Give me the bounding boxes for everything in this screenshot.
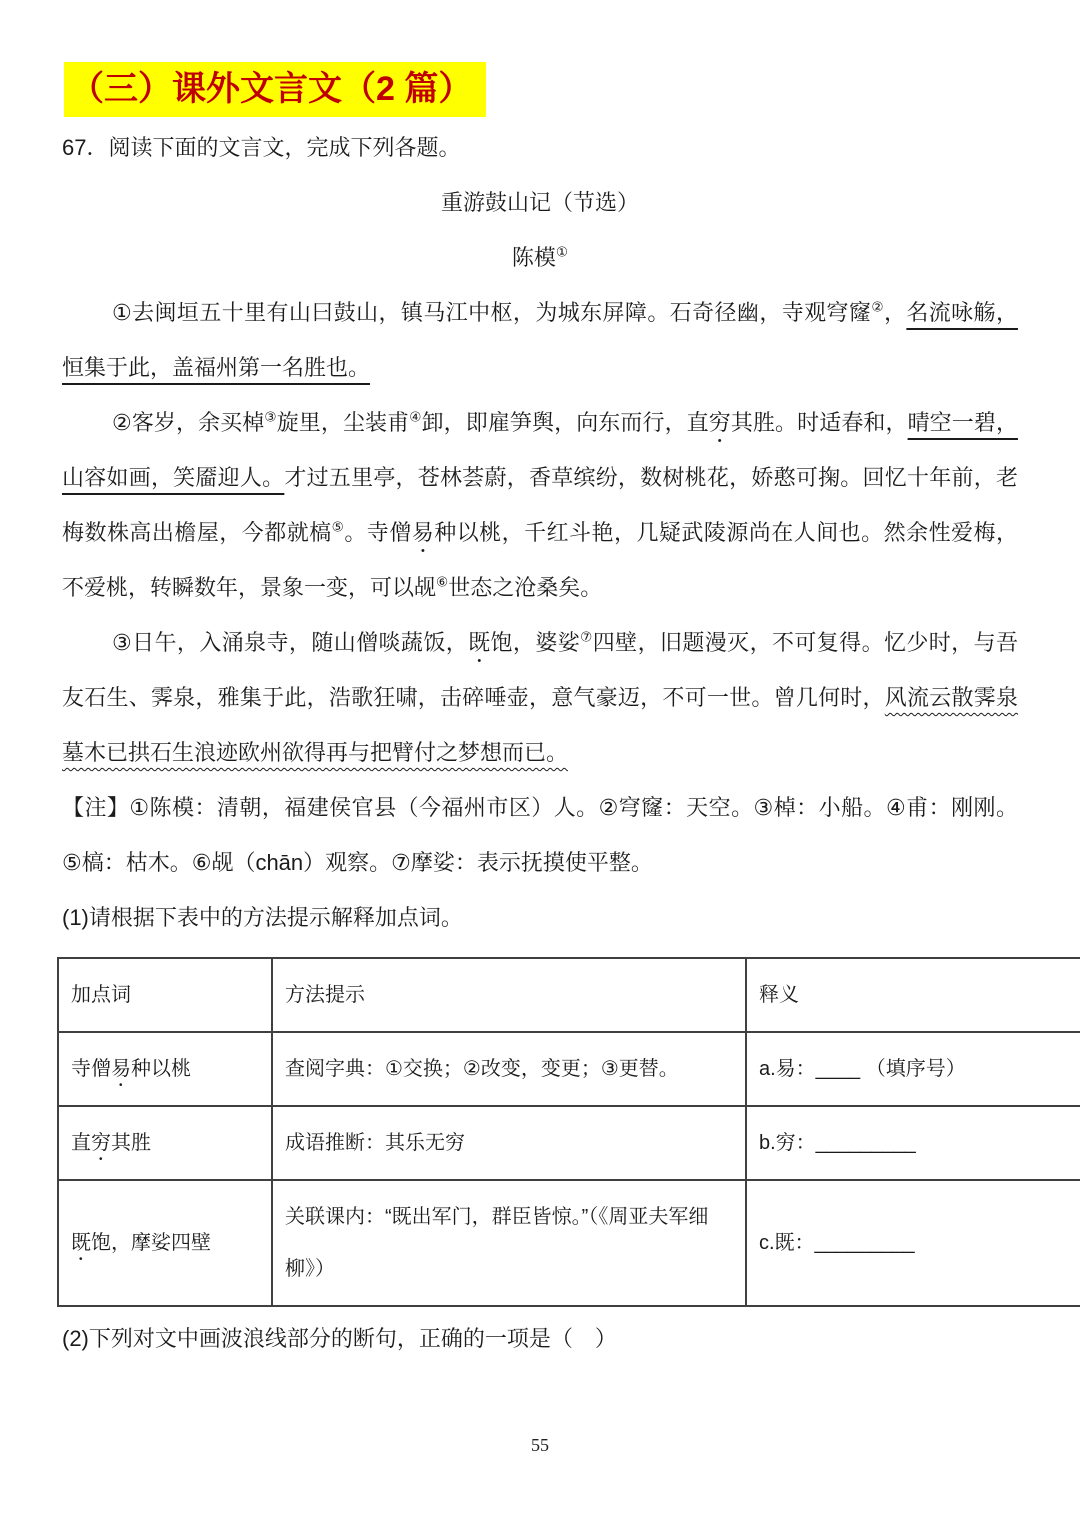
table-cell-word: 寺僧易种以桃 [58,1032,272,1106]
table-header-row: 加点词 方法提示 释义 [58,958,1080,1032]
table-cell-method: 成语推断：其乐无穷 [272,1106,746,1180]
table-cell-method: 查阅字典：①交换；②改变，变更；③更替。 [272,1032,746,1106]
question-67-intro: 67．阅读下面的文言文，完成下列各题。 [62,120,1018,175]
table-cell-word: 直穷其胜 [58,1106,272,1180]
table-header-method: 方法提示 [272,958,746,1032]
table-cell-meaning: b.穷：_________ [746,1106,1080,1180]
article-title: 重游鼓山记（节选） [62,175,1018,230]
annotated-words-table: 加点词 方法提示 释义 寺僧易种以桃 查阅字典：①交换；②改变，变更；③更替。 … [57,957,1080,1307]
article-notes: 【注】①陈模：清朝，福建侯官县（今福州市区）人。②穹窿：天空。③棹：小船。④甫：… [62,780,1018,890]
article-paragraph-3: ③日午，入涌泉寺，随山僧啖蔬饭，既饱，婆娑⑦四壁，旧题漫灭，不可复得。忆少时，与… [62,615,1018,780]
table-row: 寺僧易种以桃 查阅字典：①交换；②改变，变更；③更替。 a.易：____ （填序… [58,1032,1080,1106]
page-number: 55 [0,1435,1080,1456]
table-header-meaning: 释义 [746,958,1080,1032]
question-1-prompt: (1)请根据下表中的方法提示解释加点词。 [62,890,1018,945]
question-2-prompt: (2)下列对文中画波浪线部分的断句，正确的一项是（ ） [62,1311,1018,1366]
table-cell-meaning: c.既：_________ [746,1180,1080,1306]
document-page: （三）课外文言文（2 篇） 67．阅读下面的文言文，完成下列各题。 重游鼓山记（… [0,0,1080,1366]
table-cell-word: 既饱，摩娑四壁 [58,1180,272,1306]
table-row: 既饱，摩娑四壁 关联课内：“既出军门，群臣皆惊。”（《周亚夫军细柳》） c.既：… [58,1180,1080,1306]
table-cell-meaning: a.易：____ （填序号） [746,1032,1080,1106]
table-header-word: 加点词 [58,958,272,1032]
article-paragraph-1: ①去闽垣五十里有山曰鼓山，镇马江中枢，为城东屏障。石奇径幽，寺观穹窿②，名流咏觞… [62,285,1018,395]
section-title: （三）课外文言文（2 篇） [64,62,486,117]
table-row: 直穷其胜 成语推断：其乐无穷 b.穷：_________ [58,1106,1080,1180]
article-author: 陈模① [62,230,1018,285]
table-cell-method: 关联课内：“既出军门，群臣皆惊。”（《周亚夫军细柳》） [272,1180,746,1306]
article-paragraph-2: ②客岁，余买棹③旋里，尘装甫④卸，即雇笋舆，向东而行，直穷其胜。时适春和，晴空一… [62,395,1018,615]
